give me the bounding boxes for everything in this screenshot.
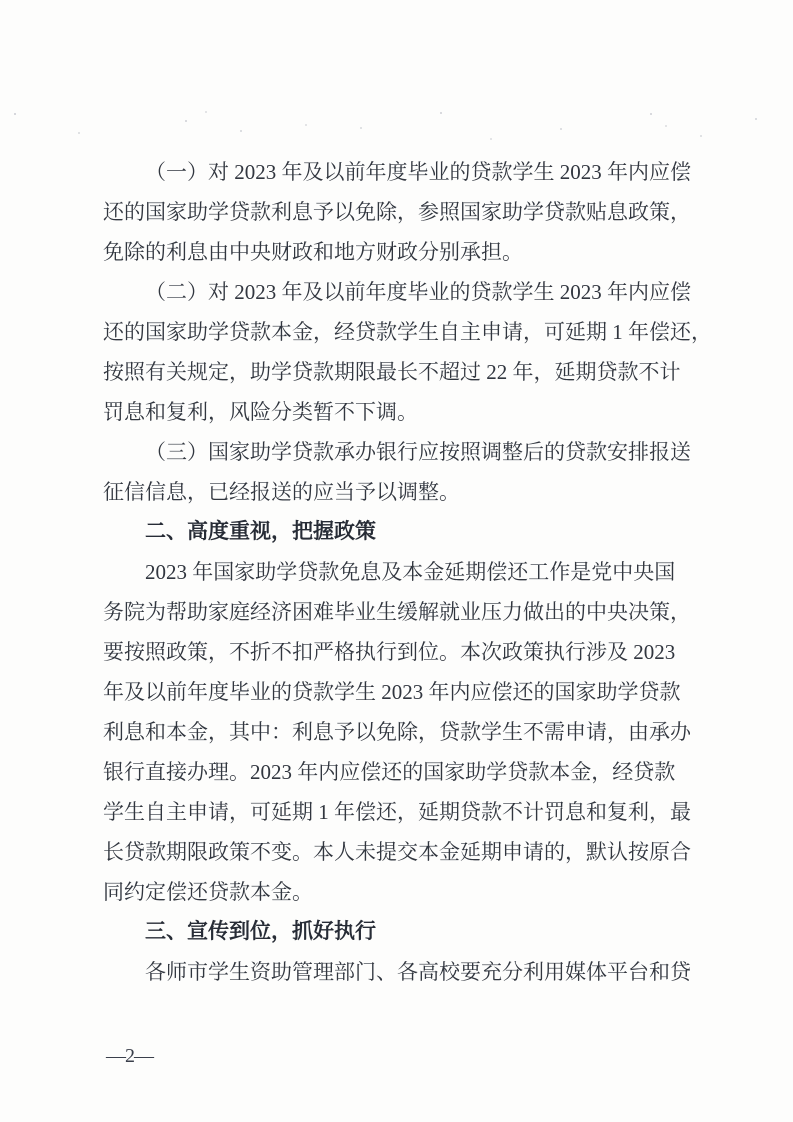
text-line-clause-2-4: 罚息和复利，风险分类暂不下调。: [103, 392, 703, 432]
text-line-section-3-body-1: 各师市学生资助管理部门、各高校要充分利用媒体平台和贷: [103, 952, 703, 992]
scan-noise-speckles: [0, 0, 2, 2]
section-2-heading: 二、高度重视，把握政策: [103, 512, 703, 552]
text-line-section-2-body-9: 同约定偿还贷款本金。: [103, 872, 703, 912]
text-line-clause-3-2: 征信信息，已经报送的应当予以调整。: [103, 472, 703, 512]
text-line-clause-2-3: 按照有关规定，助学贷款期限最长不超过 22 年，延期贷款不计: [103, 352, 703, 392]
text-line-clause-1-3: 免除的利息由中央财政和地方财政分别承担。: [103, 232, 703, 272]
text-line-section-2-body-1: 2023 年国家助学贷款免息及本金延期偿还工作是党中央国: [103, 552, 703, 592]
page-number: —2—: [106, 1044, 153, 1068]
text-line-clause-1-2: 还的国家助学贷款利息予以免除，参照国家助学贷款贴息政策，: [103, 192, 703, 232]
text-line-clause-2-2: 还的国家助学贷款本金，经贷款学生自主申请，可延期 1 年偿还，: [103, 312, 703, 352]
text-line-section-2-body-4: 年及以前年度毕业的贷款学生 2023 年内应偿还的国家助学贷款: [103, 672, 703, 712]
text-line-section-2-body-6: 银行直接办理。2023 年内应偿还的国家助学贷款本金，经贷款: [103, 752, 703, 792]
text-line-section-2-body-5: 利息和本金，其中：利息予以免除，贷款学生不需申请，由承办: [103, 712, 703, 752]
text-line-section-2-body-2: 务院为帮助家庭经济困难毕业生缓解就业压力做出的中央决策，: [103, 592, 703, 632]
text-line-clause-3-1: （三）国家助学贷款承办银行应按照调整后的贷款安排报送: [103, 432, 703, 472]
text-line-clause-2-1: （二）对 2023 年及以前年度毕业的贷款学生 2023 年内应偿: [103, 272, 703, 312]
text-line-section-2-body-8: 长贷款期限政策不变。本人未提交本金延期申请的，默认按原合: [103, 832, 703, 872]
document-body: （一）对 2023 年及以前年度毕业的贷款学生 2023 年内应偿还的国家助学贷…: [103, 152, 703, 992]
document-page: （一）对 2023 年及以前年度毕业的贷款学生 2023 年内应偿还的国家助学贷…: [0, 0, 793, 1122]
text-line-section-2-body-3: 要按照政策，不折不扣严格执行到位。本次政策执行涉及 2023: [103, 632, 703, 672]
text-line-section-2-body-7: 学生自主申请，可延期 1 年偿还，延期贷款不计罚息和复利，最: [103, 792, 703, 832]
section-3-heading: 三、宣传到位，抓好执行: [103, 912, 703, 952]
text-line-clause-1-1: （一）对 2023 年及以前年度毕业的贷款学生 2023 年内应偿: [103, 152, 703, 192]
